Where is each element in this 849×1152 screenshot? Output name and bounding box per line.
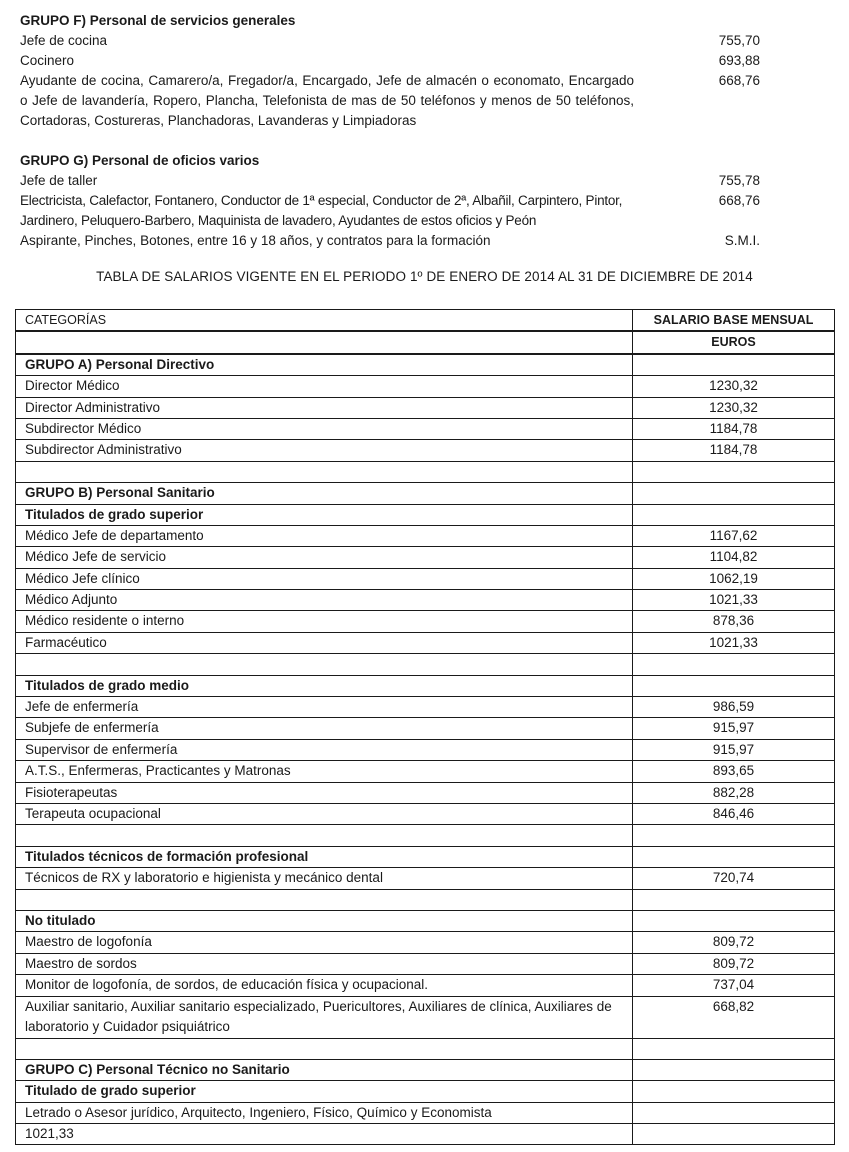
- category-cell: Técnicos de RX y laboratorio e higienist…: [16, 868, 633, 889]
- category-cell: Terapeuta ocupacional: [16, 803, 633, 824]
- table-spacer-row: [16, 461, 835, 482]
- salary-cell: 915,97: [633, 718, 835, 739]
- salary-cell: [633, 910, 835, 931]
- table-row: Jefe de enfermería986,59: [16, 697, 835, 718]
- category-cell: [16, 461, 633, 482]
- column-header-categories: CATEGORÍAS: [16, 310, 633, 332]
- salary-cell: 1062,19: [633, 568, 835, 589]
- table-row: Subdirector Médico1184,78: [16, 418, 835, 439]
- table-spacer-row: [16, 825, 835, 846]
- table-row: Supervisor de enfermería915,97: [16, 739, 835, 760]
- category-label: Jefe de cocina: [20, 31, 634, 51]
- salary-cell: [633, 1059, 835, 1080]
- table-row: Maestro de logofonía809,72: [16, 932, 835, 953]
- salary-cell: [633, 654, 835, 675]
- salary-cell: 846,46: [633, 803, 835, 824]
- table-spacer-row: [16, 889, 835, 910]
- salary-value: 668,76: [634, 191, 760, 231]
- table-row: Subdirector Administrativo1184,78: [16, 440, 835, 461]
- table-row: Letrado o Asesor jurídico, Arquitecto, I…: [16, 1102, 835, 1123]
- category-cell: Médico Jefe clínico: [16, 568, 633, 589]
- category-cell: Director Médico: [16, 376, 633, 397]
- column-header-salary: SALARIO BASE MENSUAL: [633, 310, 835, 332]
- category-cell: 1021,33: [16, 1124, 633, 1145]
- table-row: Monitor de logofonía, de sordos, de educ…: [16, 975, 835, 996]
- table-group-row: Titulado de grado superior: [16, 1081, 835, 1102]
- category-cell: Titulados técnicos de formación profesio…: [16, 846, 633, 867]
- salary-cell: [633, 846, 835, 867]
- table-row: Director Administrativo1230,32: [16, 397, 835, 418]
- table-group-row: Titulados técnicos de formación profesio…: [16, 846, 835, 867]
- salary-cell: 809,72: [633, 953, 835, 974]
- table-group-row: Titulados de grado medio: [16, 675, 835, 696]
- category-label: Electricista, Calefactor, Fontanero, Con…: [20, 191, 634, 231]
- salary-table: CATEGORÍAS SALARIO BASE MENSUAL EUROS GR…: [15, 309, 835, 1145]
- salary-cell: 882,28: [633, 782, 835, 803]
- salary-cell: [633, 889, 835, 910]
- table-row: Médico residente o interno878,36: [16, 611, 835, 632]
- salary-cell: [633, 504, 835, 525]
- category-cell: Monitor de logofonía, de sordos, de educ…: [16, 975, 633, 996]
- table-row: Técnicos de RX y laboratorio e higienist…: [16, 868, 835, 889]
- salary-cell: 720,74: [633, 868, 835, 889]
- table-row: Médico Jefe de departamento1167,62: [16, 525, 835, 546]
- salary-cell: 1104,82: [633, 547, 835, 568]
- category-label: Jefe de taller: [20, 171, 634, 191]
- category-cell: GRUPO C) Personal Técnico no Sanitario: [16, 1059, 633, 1080]
- table-row: Subjefe de enfermería915,97: [16, 718, 835, 739]
- table-row: Médico Adjunto1021,33: [16, 590, 835, 611]
- category-cell: Director Administrativo: [16, 397, 633, 418]
- table-row: Director Médico1230,32: [16, 376, 835, 397]
- category-cell: [16, 654, 633, 675]
- salary-value: 693,88: [634, 51, 760, 71]
- list-item: Jefe de taller 755,78: [20, 171, 780, 191]
- preceding-salary-list: GRUPO F) Personal de servicios generales…: [20, 11, 780, 251]
- category-cell: Maestro de sordos: [16, 953, 633, 974]
- table-spacer-row: [16, 1038, 835, 1059]
- salary-cell: [633, 1038, 835, 1059]
- salary-cell: 737,04: [633, 975, 835, 996]
- table-row: Farmacéutico1021,33: [16, 632, 835, 653]
- category-cell: Médico Adjunto: [16, 590, 633, 611]
- category-label: Ayudante de cocina, Camarero/a, Fregador…: [20, 71, 634, 131]
- table-row: Fisioterapeutas882,28: [16, 782, 835, 803]
- section-title: GRUPO F) Personal de servicios generales: [20, 11, 780, 31]
- category-cell: Médico residente o interno: [16, 611, 633, 632]
- list-item: Ayudante de cocina, Camarero/a, Fregador…: [20, 71, 780, 131]
- category-cell: Farmacéutico: [16, 632, 633, 653]
- salary-cell: 1230,32: [633, 376, 835, 397]
- list-item: Jefe de cocina 755,70: [20, 31, 780, 51]
- salary-cell: [633, 483, 835, 504]
- table-group-row: GRUPO A) Personal Directivo: [16, 354, 835, 376]
- category-cell: Titulados de grado medio: [16, 675, 633, 696]
- list-item: Aspirante, Pinches, Botones, entre 16 y …: [20, 231, 780, 251]
- column-unit-euros: EUROS: [633, 331, 835, 353]
- table-row: Médico Jefe clínico1062,19: [16, 568, 835, 589]
- category-cell: Titulados de grado superior: [16, 504, 633, 525]
- category-cell: Jefe de enfermería: [16, 697, 633, 718]
- table-heading: TABLA DE SALARIOS VIGENTE EN EL PERIODO …: [0, 269, 849, 284]
- category-cell: Subdirector Administrativo: [16, 440, 633, 461]
- table-row: Auxiliar sanitario, Auxiliar sanitario e…: [16, 996, 835, 1038]
- section-title: GRUPO G) Personal de oficios varios: [20, 151, 780, 171]
- category-cell: Maestro de logofonía: [16, 932, 633, 953]
- category-cell: Fisioterapeutas: [16, 782, 633, 803]
- table-group-row: No titulado: [16, 910, 835, 931]
- salary-cell: 1184,78: [633, 440, 835, 461]
- category-cell: Titulado de grado superior: [16, 1081, 633, 1102]
- salary-cell: 915,97: [633, 739, 835, 760]
- category-cell: A.T.S., Enfermeras, Practicantes y Matro…: [16, 761, 633, 782]
- table-row: 1021,33: [16, 1124, 835, 1145]
- category-cell: Auxiliar sanitario, Auxiliar sanitario e…: [16, 996, 633, 1038]
- salary-cell: 1021,33: [633, 632, 835, 653]
- salary-cell: 1184,78: [633, 418, 835, 439]
- table-group-row: Titulados de grado superior: [16, 504, 835, 525]
- category-cell: Subjefe de enfermería: [16, 718, 633, 739]
- salary-cell: 1021,33: [633, 590, 835, 611]
- category-cell: Supervisor de enfermería: [16, 739, 633, 760]
- salary-cell: 1167,62: [633, 525, 835, 546]
- salary-cell: [633, 1124, 835, 1145]
- salary-cell: [633, 1102, 835, 1123]
- table-spacer-row: [16, 654, 835, 675]
- salary-cell: 809,72: [633, 932, 835, 953]
- category-cell: Médico Jefe de servicio: [16, 547, 633, 568]
- table-header-unit-row: EUROS: [16, 331, 835, 353]
- table-row: Maestro de sordos809,72: [16, 953, 835, 974]
- salary-cell: 878,36: [633, 611, 835, 632]
- category-cell: GRUPO A) Personal Directivo: [16, 354, 633, 376]
- salary-value: 668,76: [634, 71, 760, 131]
- category-cell: [16, 825, 633, 846]
- table-group-row: GRUPO B) Personal Sanitario: [16, 483, 835, 504]
- category-label: Cocinero: [20, 51, 634, 71]
- list-item: Cocinero 693,88: [20, 51, 780, 71]
- list-item: Electricista, Calefactor, Fontanero, Con…: [20, 191, 780, 231]
- salary-value: S.M.I.: [634, 231, 764, 251]
- category-label: Aspirante, Pinches, Botones, entre 16 y …: [20, 231, 634, 251]
- salary-value: 755,70: [634, 31, 760, 51]
- table-header-row: CATEGORÍAS SALARIO BASE MENSUAL: [16, 310, 835, 332]
- salary-cell: 1230,32: [633, 397, 835, 418]
- category-cell: Médico Jefe de departamento: [16, 525, 633, 546]
- salary-cell: [633, 354, 835, 376]
- category-cell: [16, 1038, 633, 1059]
- salary-cell: 986,59: [633, 697, 835, 718]
- category-cell: Subdirector Médico: [16, 418, 633, 439]
- salary-cell: [633, 461, 835, 482]
- category-cell: [16, 889, 633, 910]
- salary-value: 755,78: [634, 171, 760, 191]
- table-row: Terapeuta ocupacional846,46: [16, 803, 835, 824]
- table-row: Médico Jefe de servicio1104,82: [16, 547, 835, 568]
- table-row: A.T.S., Enfermeras, Practicantes y Matro…: [16, 761, 835, 782]
- salary-cell: [633, 825, 835, 846]
- category-cell: Letrado o Asesor jurídico, Arquitecto, I…: [16, 1102, 633, 1123]
- category-cell: GRUPO B) Personal Sanitario: [16, 483, 633, 504]
- salary-cell: [633, 1081, 835, 1102]
- salary-cell: 893,65: [633, 761, 835, 782]
- category-cell: No titulado: [16, 910, 633, 931]
- salary-cell: [633, 675, 835, 696]
- table-group-row: GRUPO C) Personal Técnico no Sanitario: [16, 1059, 835, 1080]
- salary-cell: 668,82: [633, 996, 835, 1038]
